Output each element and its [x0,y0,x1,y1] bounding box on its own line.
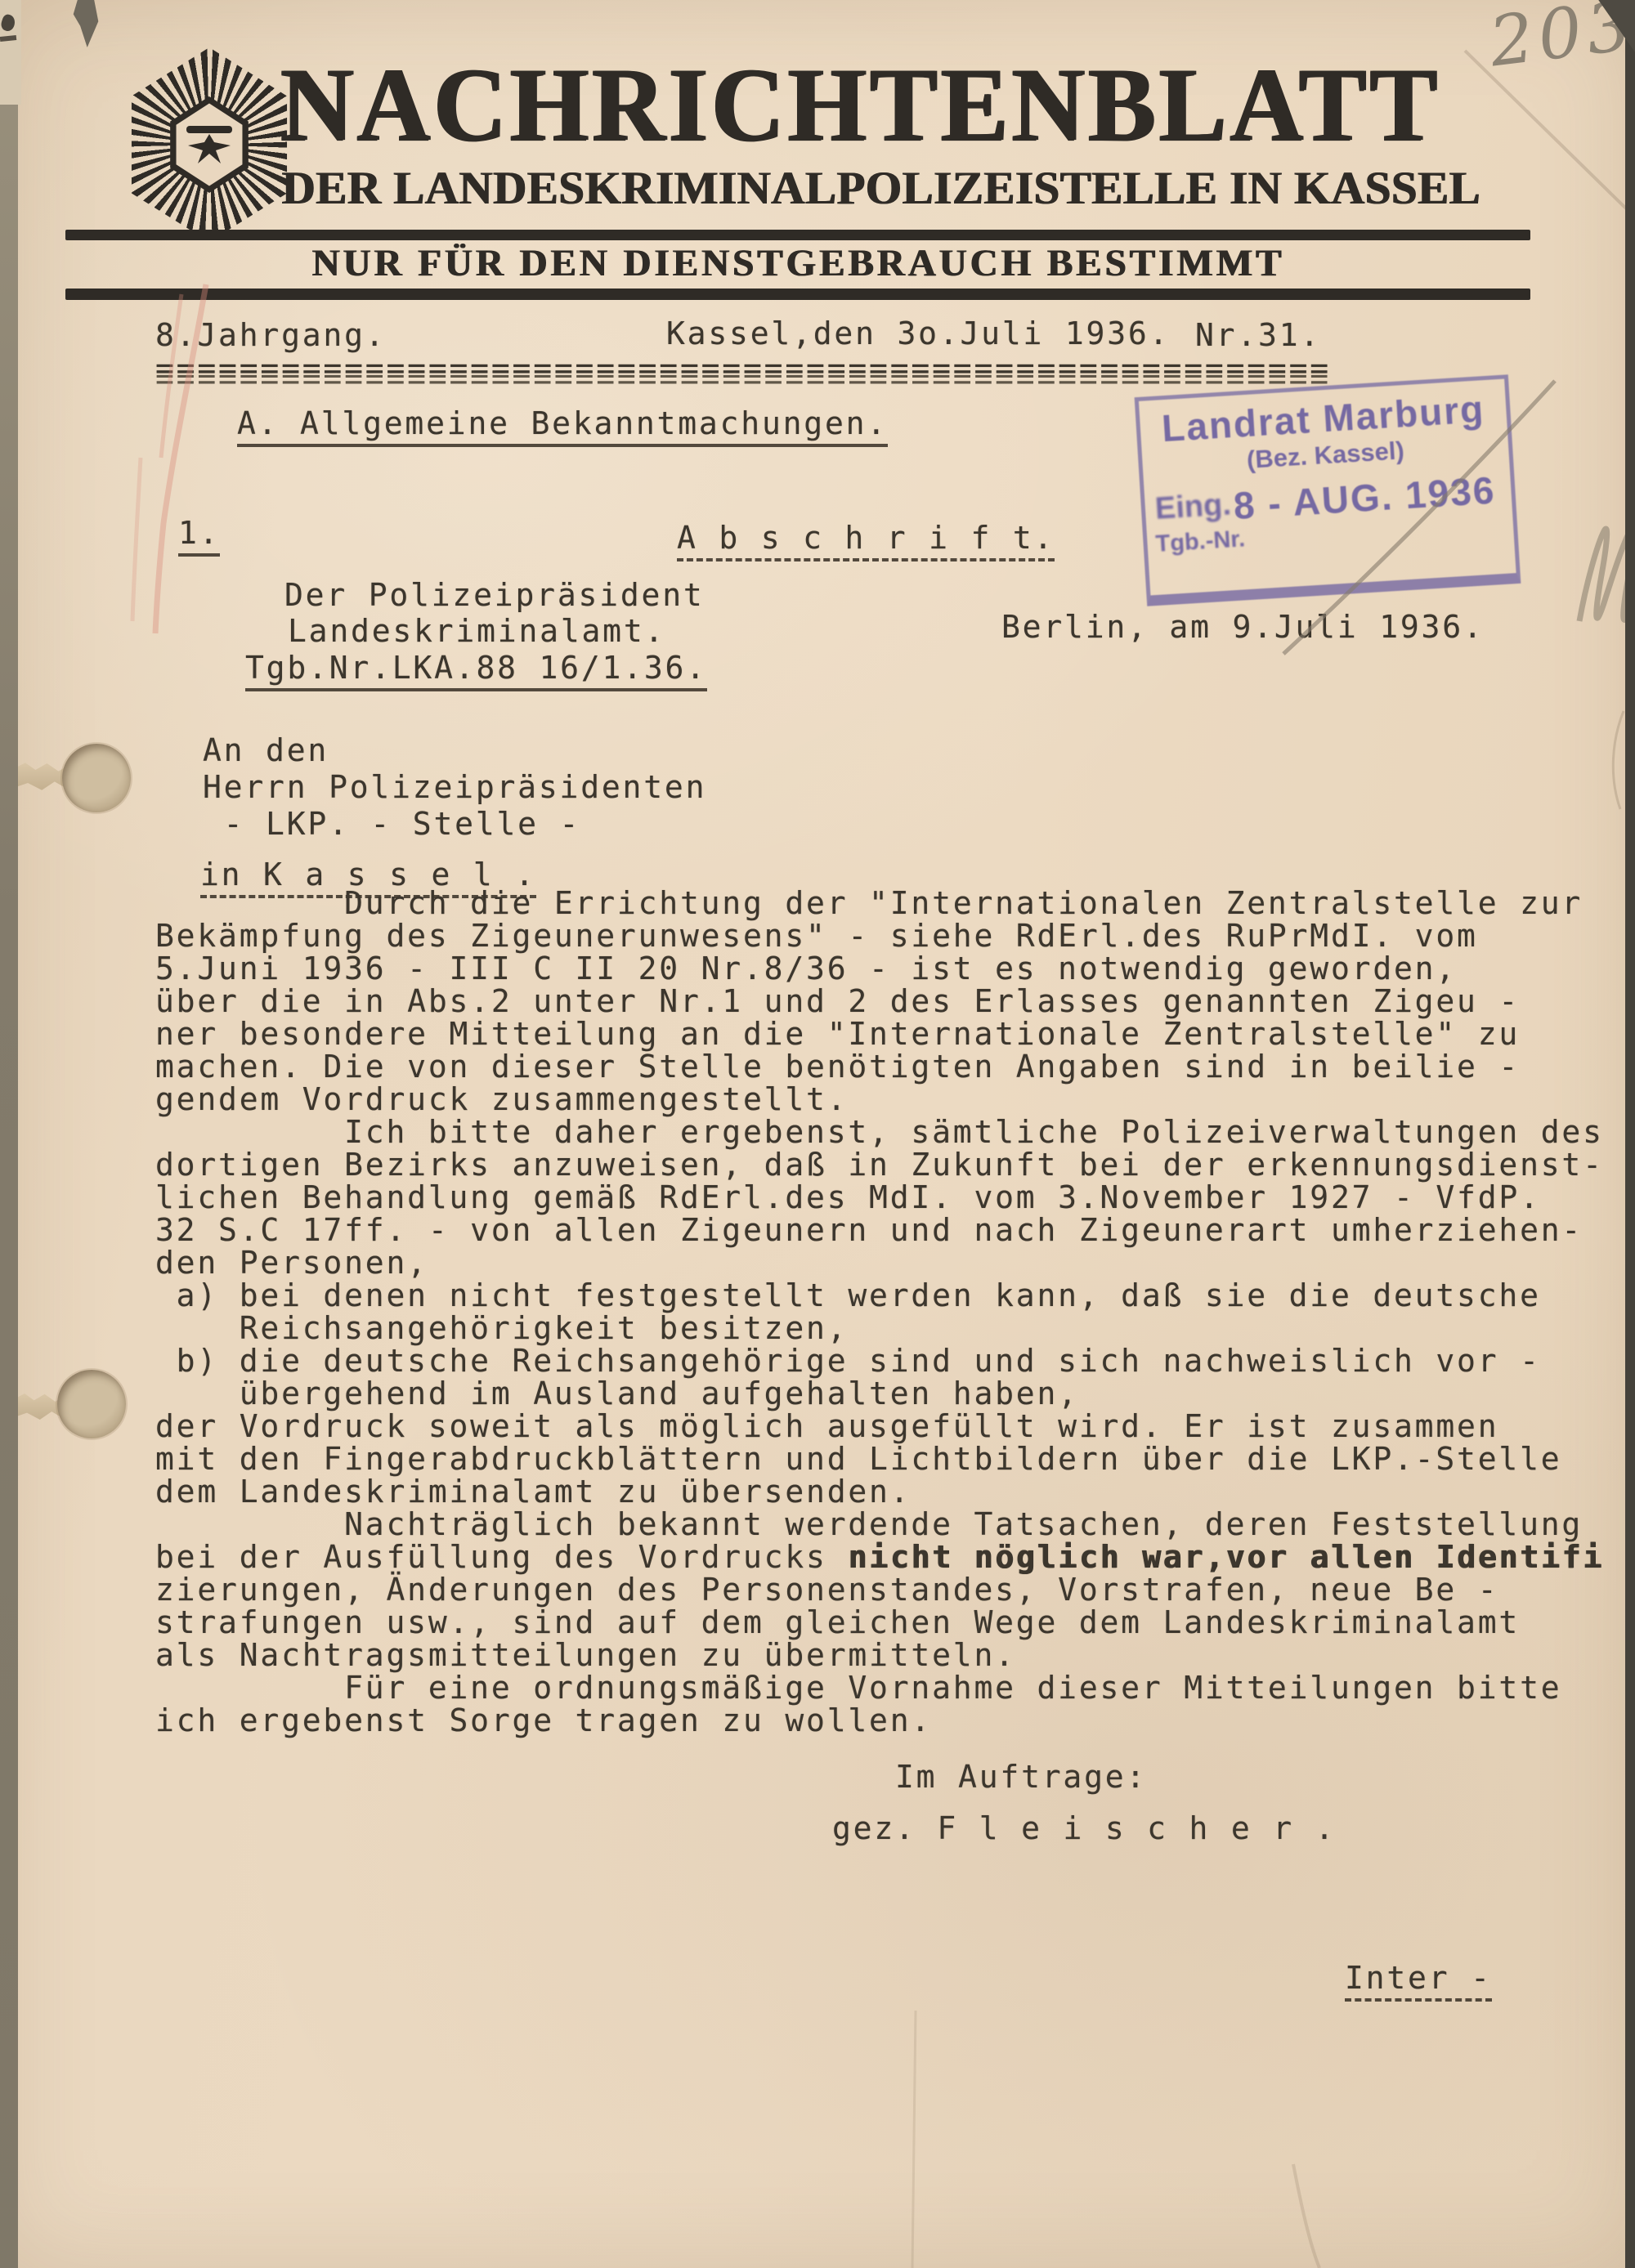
scanned-document: { "corner_number": "203", "masthead": { … [0,0,1635,2268]
item-number: 1. [178,515,220,551]
underlying-print-mark [0,35,16,42]
date-line: Berlin, am 9.Juli 1936. [1001,609,1485,645]
recipient-line2: Herrn Polizeipräsidenten [203,769,706,805]
per-pro-line: Im Auftrage: [895,1759,1147,1795]
typed-line: als Nachtragsmitteilungen zu übermitteln… [155,1639,1604,1671]
issue-place-date: Kassel,den 3o.Juli 1936. [666,315,1170,351]
receipt-stamp: Landrat Marburg (Bez. Kassel) Eing. Tgb.… [1135,374,1521,606]
red-pencil-stroke [132,458,141,621]
paper-crease [1613,711,1624,809]
paper-crease [1293,2164,1319,2268]
letter-body: Durch die Errichtung der "Internationale… [155,887,1604,1737]
issue-number: Nr.31. [1195,317,1321,353]
volume-label: 8.Jahrgang. [155,317,386,353]
typed-line: b) die deutsche Reichsangehörige sind un… [155,1344,1604,1377]
typed-line: 5.Juni 1936 - III C II 20 Nr.8/36 - ist … [155,952,1604,985]
recipient-line3: - LKP. - Stelle - [203,806,580,842]
typed-line: strafungen usw., sind auf dem gleichen W… [155,1606,1604,1639]
punch-hole [57,1370,126,1438]
typed-line: über die in Abs.2 unter Nr.1 und 2 des E… [155,985,1604,1018]
restriction-notice: NUR FÜR DEN DIENSTGEBRAUCH BESTIMMT [65,241,1530,285]
catchword-text: Inter - [1345,1960,1492,2002]
typed-line: Bekämpfung des Zigeunerunwesens" - siehe… [155,919,1604,952]
paper-crease [912,2011,916,2268]
typed-line: gendem Vordruck zusammengestellt. [155,1083,1604,1116]
item-number-text: 1. [178,515,220,557]
scan-edge-left [0,0,18,2268]
document-page: NACHRICHTENBLATT DER LANDESKRIMINALPOLIZ… [0,0,1635,2268]
stamp-received-label: Eing. [1154,487,1232,527]
section-heading: A. Allgemeine Bekanntmachungen. [237,405,888,441]
typed-line: der Vordruck soweit als möglich ausgefül… [155,1410,1604,1443]
signature-line: gez. F l e i s c h e r . [832,1810,1336,1846]
typed-line: Reichsangehörigkeit besitzen, [155,1312,1604,1344]
typed-line: a) bei denen nicht festgestellt werden k… [155,1279,1604,1312]
typed-segment-bold: nicht nöglich war,vor allen Identifi [848,1539,1603,1575]
copy-heading: A b s c h r i f t. [677,520,1055,556]
typed-line-overstruck: bei der Ausfüllung des Vordrucks nicht n… [155,1541,1604,1573]
typed-line: Nachträglich bekannt werdende Tatsachen,… [155,1508,1604,1541]
sender-line2: Landeskriminalamt. [288,613,665,649]
double-rule-separator: ========================================… [155,350,1331,386]
typed-line: dem Landeskriminalamt zu übersenden. [155,1475,1604,1508]
typed-line: Durch die Errichtung der "Internationale… [155,887,1604,919]
typed-line: dortigen Bezirks anzuweisen, daß in Zuku… [155,1148,1604,1181]
scan-edge-right [1625,0,1635,2268]
typed-line: 32 S.C 17ff. - von allen Zigeunern und n… [155,1214,1604,1246]
divider-bar-top [65,230,1530,240]
stamp-journal-label: Tgb.-Nr. [1155,526,1246,558]
sender-line1: Der Polizeipräsident [284,577,705,613]
stamp-received-date: 8 - AUG. 1936 [1232,468,1497,528]
masthead-subtitle: DER LANDESKRIMINALPOLIZEISTELLE IN KASSE… [281,162,1480,215]
typed-line: machen. Die von dieser Stelle benötigten… [155,1050,1604,1083]
recipient-line1: An den [203,732,329,768]
eagle-icon [183,121,235,168]
typed-line: den Personen, [155,1246,1604,1279]
sender-ref-text: Tgb.Nr.LKA.88 16/1.36. [245,650,707,691]
paper-tear [72,0,100,47]
typed-line: lichen Behandlung gemäß RdErl.des MdI. v… [155,1181,1604,1214]
divider-bar-bottom [65,289,1530,300]
masthead-title: NACHRICHTENBLATT [280,52,1440,158]
copy-heading-text: A b s c h r i f t. [677,520,1055,561]
punch-hole [62,744,131,812]
typed-segment: bei der Ausfüllung des Vordrucks [155,1539,848,1575]
typed-line: ich ergebenst Sorge tragen zu wollen. [155,1704,1604,1737]
typed-line: mit den Fingerabdruckblättern und Lichtb… [155,1443,1604,1475]
typed-line: ner besondere Mitteilung an die "Interna… [155,1018,1604,1050]
sender-ref: Tgb.Nr.LKA.88 16/1.36. [245,650,707,686]
typed-line: Ich bitte daher ergebenst, sämtliche Pol… [155,1116,1604,1148]
typed-line: übergehend im Ausland aufgehalten haben, [155,1377,1604,1410]
catchword: Inter - [1345,1960,1492,1996]
typed-line: Für eine ordnungsmäßige Vornahme dieser … [155,1671,1604,1704]
typed-line: zierungen, Änderungen des Personenstande… [155,1573,1604,1606]
underlying-print-mark [0,13,17,33]
underlying-page-fragment [0,0,21,105]
police-star-emblem [121,47,298,242]
section-heading-text: A. Allgemeine Bekanntmachungen. [237,405,888,447]
